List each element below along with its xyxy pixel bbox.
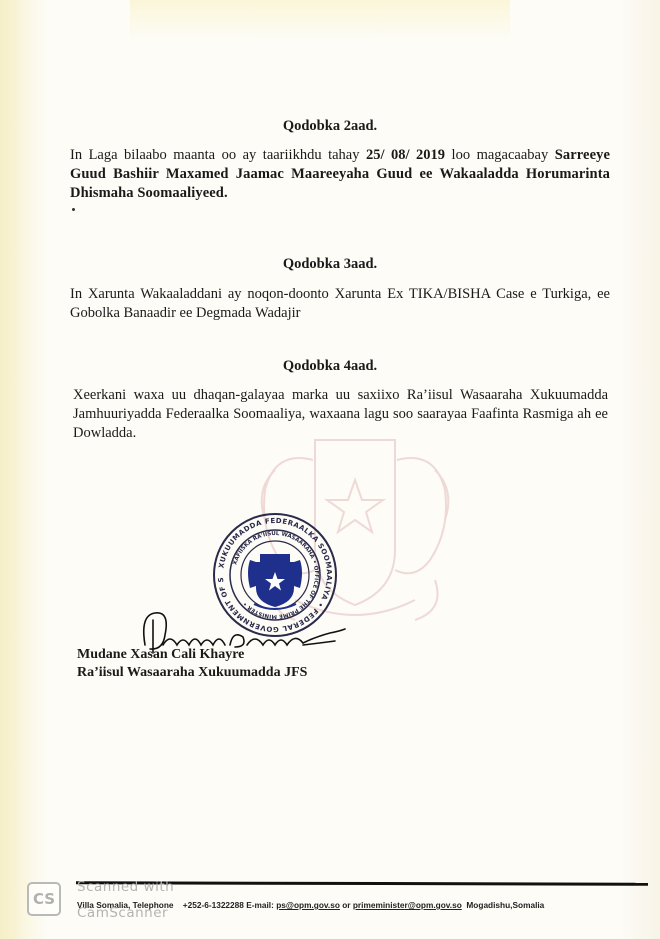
section-body-4: Xeerkani waxa uu dhaqan-galayaa marka uu… — [73, 386, 608, 443]
footer-phone: +252-6-1322288 — [183, 900, 244, 910]
footer-city: Mogadishu,Somalia — [466, 900, 544, 910]
section-body-2: In Laga bilaabo maanta oo ay taariikhdu … — [70, 146, 610, 203]
paper-tint — [130, 0, 510, 40]
appointment-date: 25/ 08/ 2019 — [366, 147, 445, 163]
camscanner-watermark: Scanned with CamScanner — [77, 880, 174, 920]
section-2-text-a: In Laga bilaabo maanta oo ay taariikhdu … — [70, 147, 366, 163]
section-heading-2: Qodobka 2aad. — [0, 118, 660, 135]
section-2-text-b: loo magacaabay — [445, 147, 555, 163]
section-heading-3: Qodobka 3aad. — [0, 256, 660, 273]
section-body-3: In Xarunta Wakaaladdani ay noqon-doonto … — [70, 285, 610, 323]
camscanner-line-1: Scanned with — [77, 880, 174, 894]
section-heading-4: Qodobka 4aad. — [0, 358, 660, 375]
stray-dot — [72, 208, 75, 211]
signatory-title: Ra’iisul Wasaaraha Xukuumadda JFS — [77, 665, 307, 681]
footer-email-label: E-mail: — [246, 900, 274, 910]
camscanner-logo-icon: CS — [27, 882, 61, 916]
signatory-name: Mudane Xasan Cali Khayre — [77, 647, 244, 663]
camscanner-line-2: CamScanner — [77, 906, 174, 920]
footer-email-link-1[interactable]: ps@opm.gov.so — [276, 900, 340, 910]
footer-or: or — [342, 900, 350, 910]
footer-email-link-2[interactable]: primeminister@opm.gov.so — [353, 900, 462, 910]
